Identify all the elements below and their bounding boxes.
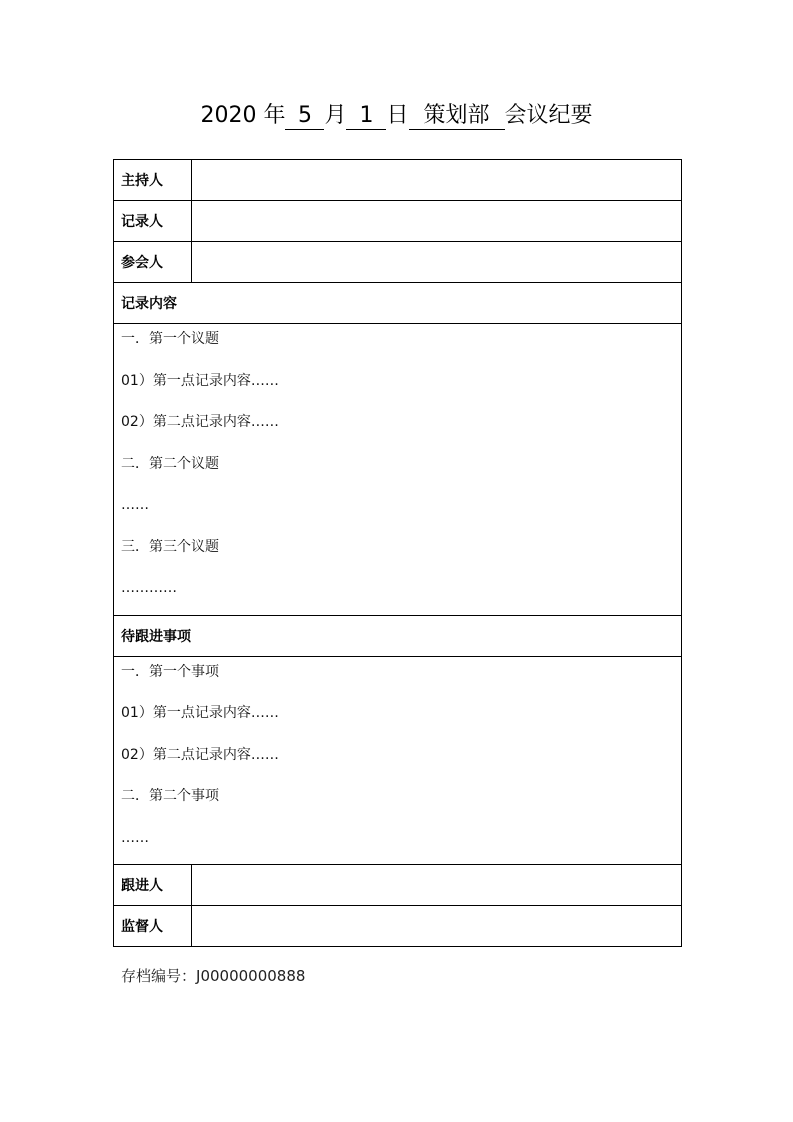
record-content-header-row: 记录内容 [114,283,682,324]
recorder-value [192,201,682,242]
record-line: 02）第二点记录内容…… [121,407,681,449]
followup-line: 02）第二点记录内容…… [121,740,681,782]
record-content-label: 记录内容 [114,283,682,324]
archive-label: 存档编号： [121,967,196,985]
followup-line: …… [121,823,681,865]
followup-items-label: 待跟进事项 [114,615,682,656]
archive-value: J00000000888 [196,967,305,985]
followup-header-row: 待跟进事项 [114,615,682,656]
followup-line: 二．第二个事项 [121,781,681,823]
supervisor-value [192,906,682,947]
follower-value [192,865,682,906]
followup-items-body: 一．第一个事项 01）第一点记录内容…… 02）第二点记录内容…… 二．第二个事… [114,656,682,865]
title-month-suffix: 月 [324,103,346,128]
archive-number: 存档编号：J00000000888 [121,965,305,986]
recorder-row: 记录人 [114,201,682,242]
supervisor-label: 监督人 [114,906,192,947]
meeting-minutes-table: 主持人 记录人 参会人 记录内容 一．第一个议题 01）第一点记录内容…… 02… [113,159,682,947]
record-line: 二．第二个议题 [121,449,681,491]
host-row: 主持人 [114,160,682,201]
supervisor-row: 监督人 [114,906,682,947]
host-label: 主持人 [114,160,192,201]
record-content-row: 一．第一个议题 01）第一点记录内容…… 02）第二点记录内容…… 二．第二个议… [114,324,682,616]
recorder-label: 记录人 [114,201,192,242]
record-line: 01）第一点记录内容…… [121,366,681,408]
title-suffix: 会议纪要 [505,103,593,128]
followup-line: 01）第一点记录内容…… [121,698,681,740]
record-content-body: 一．第一个议题 01）第一点记录内容…… 02）第二点记录内容…… 二．第二个议… [114,324,682,616]
title-day-suffix: 日 [386,103,408,128]
record-line: ………… [121,573,681,615]
document-title: 2020 年5月1日策划部会议纪要 [0,100,793,132]
record-line: 三．第三个议题 [121,532,681,574]
follower-label: 跟进人 [114,865,192,906]
host-value [192,160,682,201]
followup-content-row: 一．第一个事项 01）第一点记录内容…… 02）第二点记录内容…… 二．第二个事… [114,656,682,865]
title-department-field: 策划部 [409,103,505,130]
follower-row: 跟进人 [114,865,682,906]
followup-line: 一．第一个事项 [121,657,681,699]
title-day-field: 1 [346,103,386,130]
attendees-label: 参会人 [114,242,192,283]
record-line: …… [121,490,681,532]
title-year: 2020 年 [200,103,285,128]
attendees-row: 参会人 [114,242,682,283]
attendees-value [192,242,682,283]
title-month-field: 5 [285,103,324,130]
record-line: 一．第一个议题 [121,324,681,366]
